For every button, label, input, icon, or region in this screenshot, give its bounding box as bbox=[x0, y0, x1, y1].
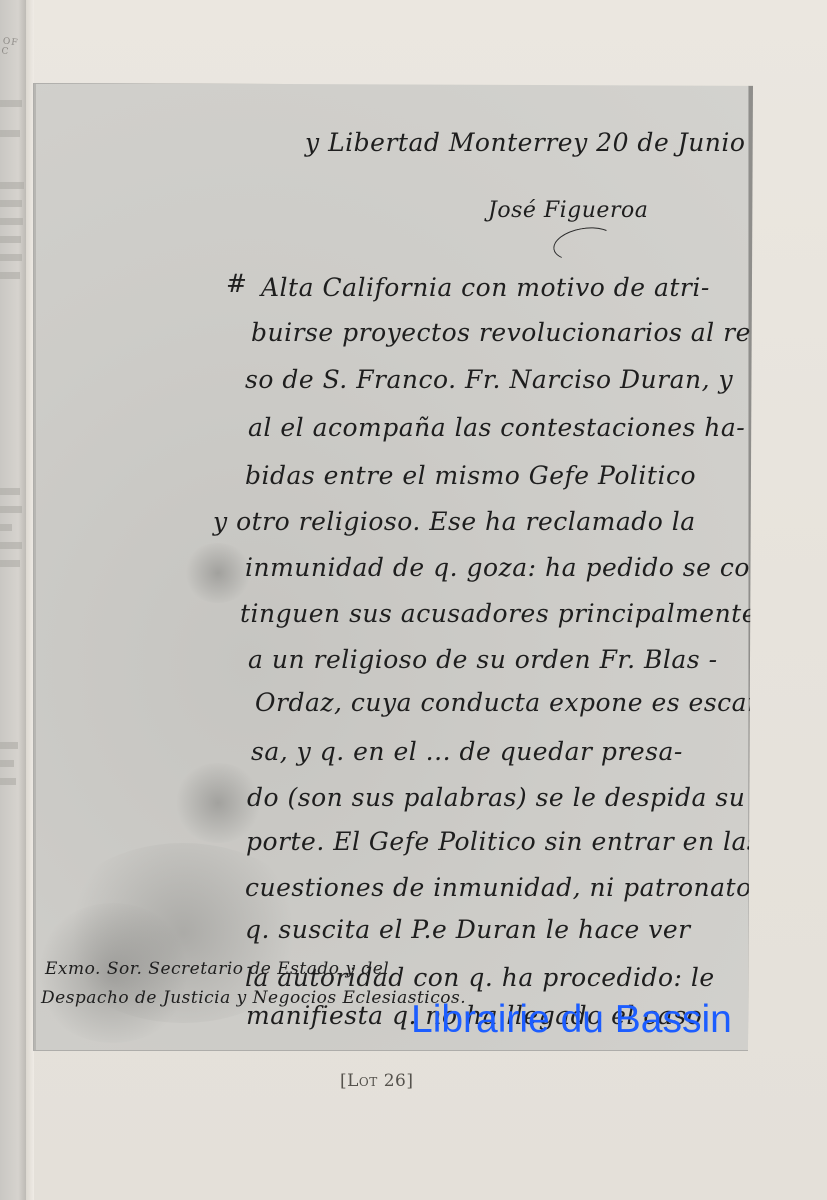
facing-text-line bbox=[0, 218, 23, 225]
paragraph-marker: # bbox=[226, 269, 247, 298]
facsimile-plate: y Libertad Monterrey 20 de Junio de 1831… bbox=[33, 83, 753, 1051]
facing-text-line bbox=[0, 560, 20, 567]
caption-bracket-close: ] bbox=[406, 1071, 413, 1091]
letter-line: a un religioso de su orden Fr. Blas - bbox=[248, 645, 718, 674]
addressee-line: Despacho de Justicia y Negocios Eclesias… bbox=[41, 988, 466, 1008]
facing-text-line bbox=[0, 524, 12, 531]
signature-rubric bbox=[551, 223, 618, 265]
letter-signature: José Figueroa bbox=[488, 198, 648, 223]
book-gutter bbox=[26, 0, 34, 1200]
facing-text-line bbox=[0, 506, 22, 513]
facing-text-line bbox=[0, 742, 18, 749]
facing-text-line bbox=[0, 100, 22, 107]
caption-lot-label: Lot bbox=[347, 1071, 378, 1091]
letter-line: inmunidad de q. goza: ha pedido se con- bbox=[245, 553, 775, 582]
letter-date-line: y Libertad Monterrey 20 de Junio de 1831… bbox=[305, 128, 827, 157]
facing-text-line bbox=[0, 272, 20, 279]
facing-text-line bbox=[0, 488, 20, 495]
facing-text-line bbox=[0, 760, 14, 767]
letter-line: buirse proyectos revolucionarios al reli… bbox=[251, 318, 817, 347]
facing-text-line bbox=[0, 182, 24, 189]
facing-text-line bbox=[0, 130, 20, 137]
facing-text-line bbox=[0, 254, 22, 261]
facing-text-line bbox=[0, 542, 22, 549]
letter-line: al el acompaña las contestaciones ha- bbox=[248, 413, 745, 442]
letter-line: q. suscita el P.e Duran le hace ver bbox=[245, 915, 691, 944]
letter-line: cuestiones de inmunidad, ni patronato, bbox=[245, 873, 760, 902]
addressee-line: Exmo. Sor. Secretario de Estado y del bbox=[45, 959, 389, 979]
watermark-text: Librairie du Bassin bbox=[411, 998, 732, 1042]
paper-stain bbox=[183, 543, 253, 603]
letter-line: Ordaz, cuya conducta expone es escandalo… bbox=[255, 688, 827, 717]
letter-line: do (son sus palabras) se le despida su p… bbox=[247, 783, 824, 812]
letter-line: so de S. Franco. Fr. Narciso Duran, y bbox=[245, 365, 733, 394]
letter-line: bidas entre el mismo Gefe Politico bbox=[245, 461, 696, 490]
facing-page-edge: OF C bbox=[0, 0, 26, 1200]
letter-line: y otro religioso. Ese ha reclamado la bbox=[213, 507, 696, 536]
lot-caption: [Lot 26] bbox=[340, 1071, 413, 1091]
letter-line: sa, y q. en el ... de quedar presa- bbox=[251, 737, 683, 766]
facing-text-line bbox=[0, 778, 16, 785]
facing-text-line bbox=[0, 236, 21, 243]
facing-text-line bbox=[0, 200, 22, 207]
letter-line: porte. El Gefe Politico sin entrar en la… bbox=[246, 827, 760, 856]
letter-line: Alta California con motivo de atri- bbox=[261, 273, 710, 302]
facing-page-header: OF C bbox=[1, 36, 26, 59]
caption-lot-number: 26 bbox=[384, 1071, 407, 1091]
letter-line: tinguen sus acusadores principalmente bbox=[240, 599, 757, 628]
